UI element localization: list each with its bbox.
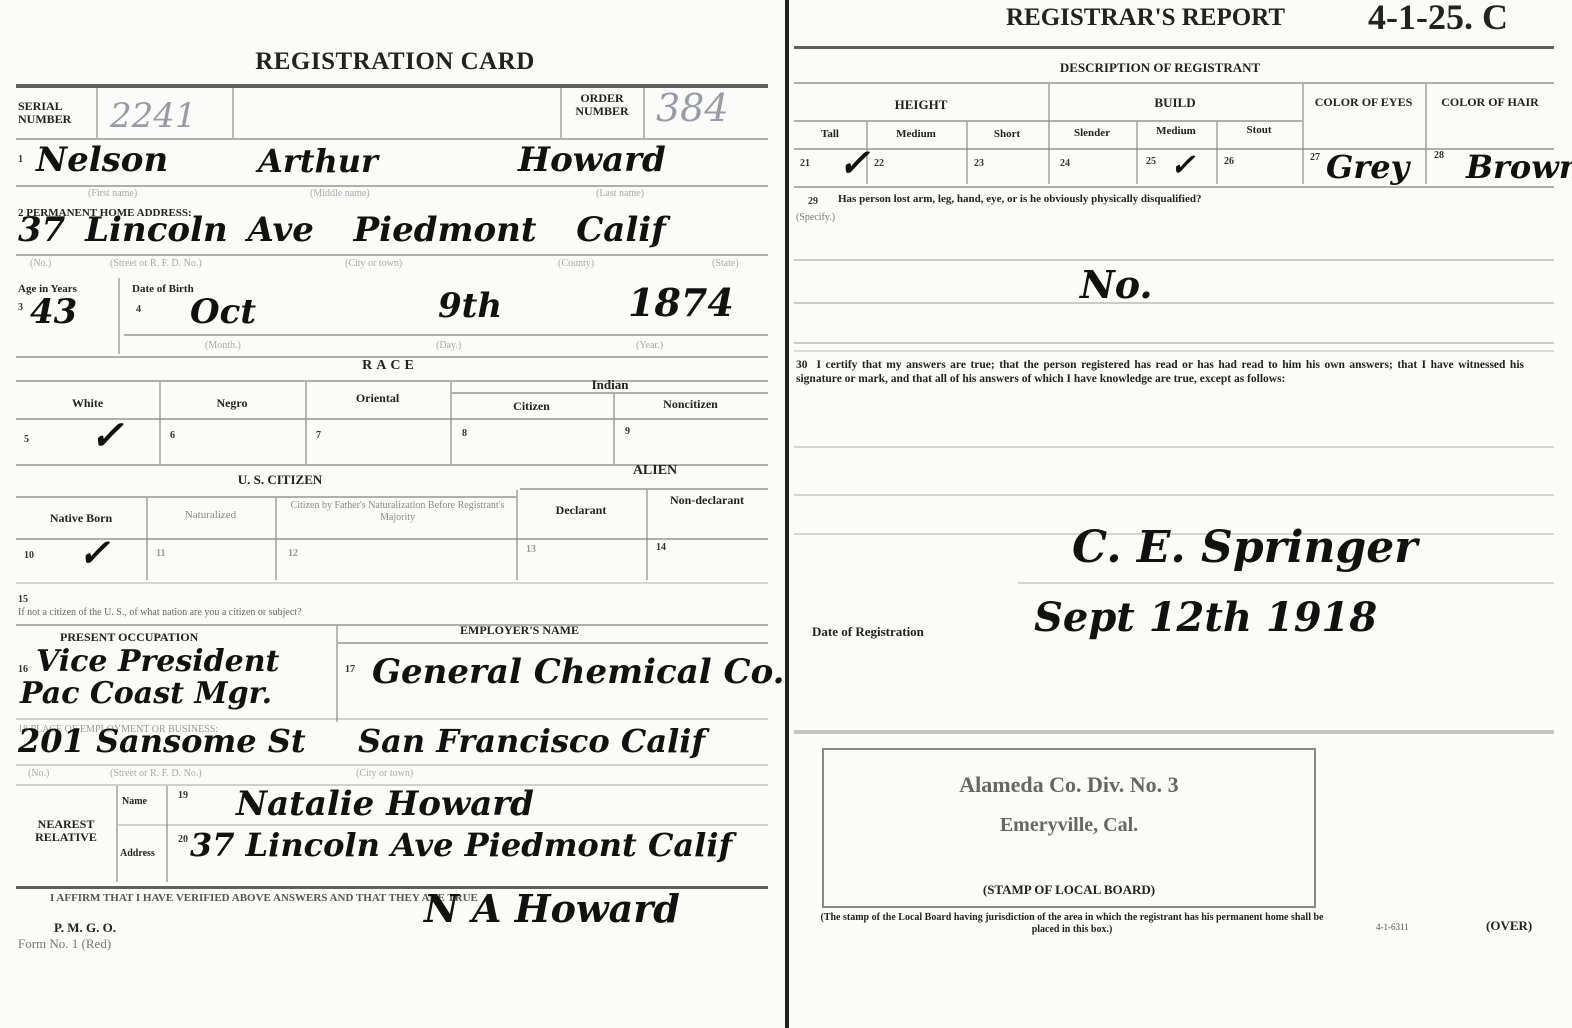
caption-street: (Street or R. F. D. No.) [110, 768, 202, 779]
build-stout-label: Stout [1216, 124, 1302, 136]
field-number: 8 [462, 428, 467, 439]
caption-first-name: (First name) [88, 188, 137, 199]
field-number: 5 [24, 434, 29, 445]
employer-name: General Chemical Co. [372, 652, 784, 692]
field-number: 9 [625, 426, 630, 437]
serial-number-label: SERIAL NUMBER [18, 100, 94, 126]
card-divider [785, 0, 789, 1028]
field-number: 29 [808, 196, 818, 207]
registrar-signature: C. E. Springer [1072, 522, 1417, 573]
caption-state: (State) [712, 258, 739, 269]
caption-last-name: (Last name) [596, 188, 644, 199]
field-number: 16 [18, 664, 28, 675]
foreign-citizen-question: If not a citizen of the U. S., of what n… [18, 607, 302, 618]
height-heading: HEIGHT [794, 97, 1048, 113]
race-negro-label: Negro [159, 396, 305, 411]
disqualification-answer: No. [1080, 262, 1153, 307]
race-heading: RACE [300, 358, 480, 374]
citizen-by-father-label: Citizen by Father's Naturalization Befor… [285, 500, 510, 524]
certification-text: 30 I certify that my answers are true; t… [796, 358, 1524, 386]
height-tall-checkbox[interactable]: ✓ [838, 140, 870, 185]
build-medium-label: Medium [1136, 125, 1216, 137]
build-slender-label: Slender [1048, 127, 1136, 139]
field-number: 6 [170, 430, 175, 441]
middle-name: Arthur [258, 142, 378, 180]
race-white-label: White [16, 396, 159, 411]
field-number: 12 [288, 548, 298, 559]
race-oriental-label: Oriental [305, 391, 450, 406]
order-number-value: 384 [656, 86, 729, 130]
description-heading: DESCRIPTION OF REGISTRANT [950, 60, 1370, 76]
declarant-label: Declarant [516, 503, 646, 518]
native-born-label: Native Born [16, 511, 146, 526]
us-citizen-heading: U. S. CITIZEN [150, 472, 410, 488]
field-number: 17 [345, 664, 355, 675]
occupation-line-2: Pac Coast Mgr. [20, 676, 272, 711]
caption-day: (Day.) [436, 340, 461, 351]
field-number: 4 [136, 304, 141, 315]
relative-address-value: 37 Lincoln Ave Piedmont Calif [190, 826, 732, 864]
field-number: 26 [1224, 156, 1234, 167]
nearest-relative-label: NEAREST RELATIVE [18, 818, 114, 844]
age-value: 43 [30, 292, 77, 332]
height-medium-label: Medium [866, 128, 966, 140]
caption-no: (No.) [30, 258, 51, 269]
field-number: 24 [1060, 158, 1070, 169]
stamp-line-2: Emeryville, Cal. [822, 814, 1316, 837]
field-number: 30 [796, 359, 808, 371]
eye-color-value: Grey [1326, 148, 1409, 186]
field-number: 11 [156, 548, 165, 559]
stamp-line-1: Alameda Co. Div. No. 3 [822, 772, 1316, 798]
over-note: (OVER) [1486, 918, 1532, 934]
form-authority: P. M. G. O. [54, 920, 116, 936]
field-number: 1 [18, 154, 23, 165]
registration-date-value: Sept 12th 1918 [1034, 594, 1377, 641]
employment-street: 201 Sansome St [18, 722, 306, 760]
specify-caption: (Specify.) [796, 212, 835, 223]
order-number-label: ORDER NUMBER [564, 92, 640, 118]
serial-number-value: 2241 [110, 96, 197, 136]
height-short-label: Short [966, 128, 1048, 140]
field-number: 14 [656, 542, 666, 553]
first-name: Nelson [36, 140, 168, 180]
birth-day: 9th [438, 286, 502, 326]
field-number: 21 [800, 158, 810, 169]
relative-name-label: Name [122, 796, 147, 807]
relative-name-value: Natalie Howard [236, 784, 534, 824]
employment-city: San Francisco Calif [358, 722, 705, 760]
field-number: 23 [974, 158, 984, 169]
height-tall-label: Tall [794, 128, 866, 140]
race-white-checkbox[interactable]: ✓ [90, 412, 124, 459]
field-number: 3 [18, 302, 23, 313]
build-heading: BUILD [1048, 95, 1302, 111]
card-title: REGISTRATION CARD [200, 48, 590, 76]
caption-middle-name: (Middle name) [310, 188, 370, 199]
field-number: 19 [178, 790, 188, 801]
birth-year: 1874 [628, 280, 734, 325]
field-number: 15 [18, 594, 28, 605]
indian-heading: Indian [450, 377, 770, 393]
disqualification-question: Has person lost arm, leg, hand, eye, or … [838, 193, 1201, 205]
caption-county: (County) [558, 258, 594, 269]
caption-no: (No.) [28, 768, 49, 779]
relative-address-label: Address [120, 848, 155, 859]
caption-street: (Street or R. F. D. No.) [110, 258, 202, 269]
caption-city: (City or town) [356, 768, 413, 779]
race-noncitizen-label: Noncitizen [613, 397, 768, 412]
hair-heading: COLOR OF HAIR [1425, 96, 1555, 109]
employer-label: EMPLOYER'S NAME [460, 623, 579, 638]
affirmation-text: I AFFIRM THAT I HAVE VERIFIED ABOVE ANSW… [50, 892, 478, 904]
birth-month: Oct [190, 292, 256, 332]
field-number: 10 [24, 550, 34, 561]
last-name: Howard [518, 140, 666, 180]
certification-body: I certify that my answers are true; that… [796, 359, 1524, 385]
field-number: 22 [874, 158, 884, 169]
registrant-signature: N A Howard [424, 886, 680, 931]
field-number: 25 [1146, 156, 1156, 167]
report-title: REGISTRAR'S REPORT [1006, 4, 1285, 32]
home-address-value: 37 Lincoln Ave Piedmont Calif [18, 210, 666, 250]
field-number: 13 [526, 544, 536, 555]
caption-year: (Year.) [636, 340, 663, 351]
naturalized-label: Naturalized [146, 509, 275, 521]
field-number: 7 [316, 430, 321, 441]
caption-city: (City or town) [345, 258, 402, 269]
field-number: 20 [178, 834, 188, 845]
form-number: Form No. 1 (Red) [18, 936, 111, 952]
non-declarant-label: Non-declarant [646, 494, 768, 507]
registration-date-label: Date of Registration [812, 624, 924, 640]
occupation-line-1: Vice President [36, 644, 279, 679]
eyes-heading: COLOR OF EYES [1302, 96, 1425, 109]
report-code: 4-1-25. C [1368, 0, 1508, 38]
footer-code: 4-1-6311 [1376, 922, 1409, 932]
field-number: 27 [1310, 152, 1320, 163]
native-born-checkbox[interactable]: ✓ [78, 530, 110, 575]
hair-color-value: Brown [1466, 148, 1572, 186]
build-medium-checkbox[interactable]: ✓ [1170, 148, 1195, 183]
alien-heading: ALIEN [560, 463, 750, 479]
race-citizen-label: Citizen [450, 399, 613, 414]
stamp-caption: (STAMP OF LOCAL BOARD) [822, 882, 1316, 898]
date-of-birth-label: Date of Birth [132, 283, 194, 295]
field-number: 28 [1434, 150, 1444, 161]
caption-month: (Month.) [205, 340, 241, 351]
occupation-label: PRESENT OCCUPATION [60, 630, 198, 645]
stamp-instruction: (The stamp of the Local Board having jur… [812, 912, 1332, 936]
